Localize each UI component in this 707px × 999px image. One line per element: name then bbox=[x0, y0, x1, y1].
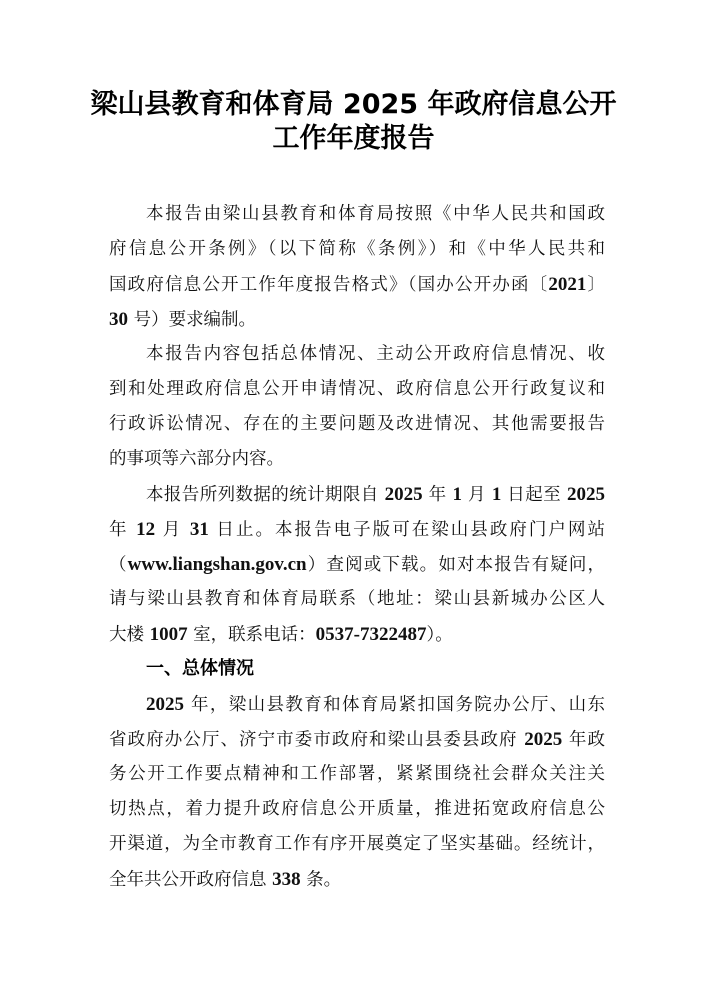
document-page: 梁山县教育和体育局 2025 年政府信息公开 工作年度报告 本报告由梁山县教育和… bbox=[0, 0, 707, 999]
paragraph-line: 切热点，着力提升政府信息公开质量，推进拓宽政府信息公 bbox=[109, 798, 605, 821]
paragraph-line: 国政府信息公开工作年度报告格式》（国办公开办函〔2021〕 bbox=[109, 273, 605, 297]
paragraph-line-website: （www.liangshan.gov.cn）查阅或下载。如对本报告有疑问， bbox=[109, 553, 605, 577]
document-title-line-2: 工作年度报告 bbox=[0, 122, 707, 156]
paragraph-line: 30 号）要求编制。 bbox=[109, 308, 605, 332]
paragraph-line: 的事项等六部分内容。 bbox=[109, 448, 605, 471]
paragraph-line: 务公开工作要点精神和工作部署，紧紧围绕社会群众关注关 bbox=[109, 763, 605, 786]
paragraph-line-contact: 大楼 1007 室，联系电话：0537-7322487）。 bbox=[109, 623, 605, 647]
paragraph-line: 2025 年，梁山县教育和体育局紧扣国务院办公厅、山东 bbox=[146, 693, 605, 717]
paragraph-line: 到和处理政府信息公开申请情况、政府信息公开行政复议和 bbox=[109, 378, 605, 401]
paragraph-line: 行政诉讼情况、存在的主要问题及改进情况、其他需要报告 bbox=[109, 413, 605, 436]
paragraph-line: 全年共公开政府信息 338 条。 bbox=[109, 868, 605, 892]
paragraph-line: 府信息公开条例》（以下简称《条例》）和《中华人民共和 bbox=[109, 238, 605, 261]
paragraph-line: 本报告所列数据的统计期限自 2025 年 1 月 1 日起至 2025 bbox=[146, 483, 605, 507]
section-heading-overview: 一、总体情况 bbox=[146, 657, 254, 680]
document-title-line-1: 梁山县教育和体育局 2025 年政府信息公开 bbox=[0, 88, 707, 122]
paragraph-line: 本报告内容包括总体情况、主动公开政府信息情况、收 bbox=[146, 343, 605, 366]
paragraph-line: 省政府办公厅、济宁市委市政府和梁山县委县政府 2025 年政 bbox=[109, 728, 605, 752]
paragraph-line: 开渠道，为全市教育工作有序开展奠定了坚实基础。经统计， bbox=[109, 833, 605, 856]
paragraph-line: 本报告由梁山县教育和体育局按照《中华人民共和国政 bbox=[146, 203, 605, 226]
paragraph-line: 请与梁山县教育和体育局联系（地址：梁山县新城办公区人 bbox=[109, 588, 605, 611]
paragraph-line: 年 12 月 31 日止。本报告电子版可在梁山县政府门户网站 bbox=[109, 518, 605, 542]
